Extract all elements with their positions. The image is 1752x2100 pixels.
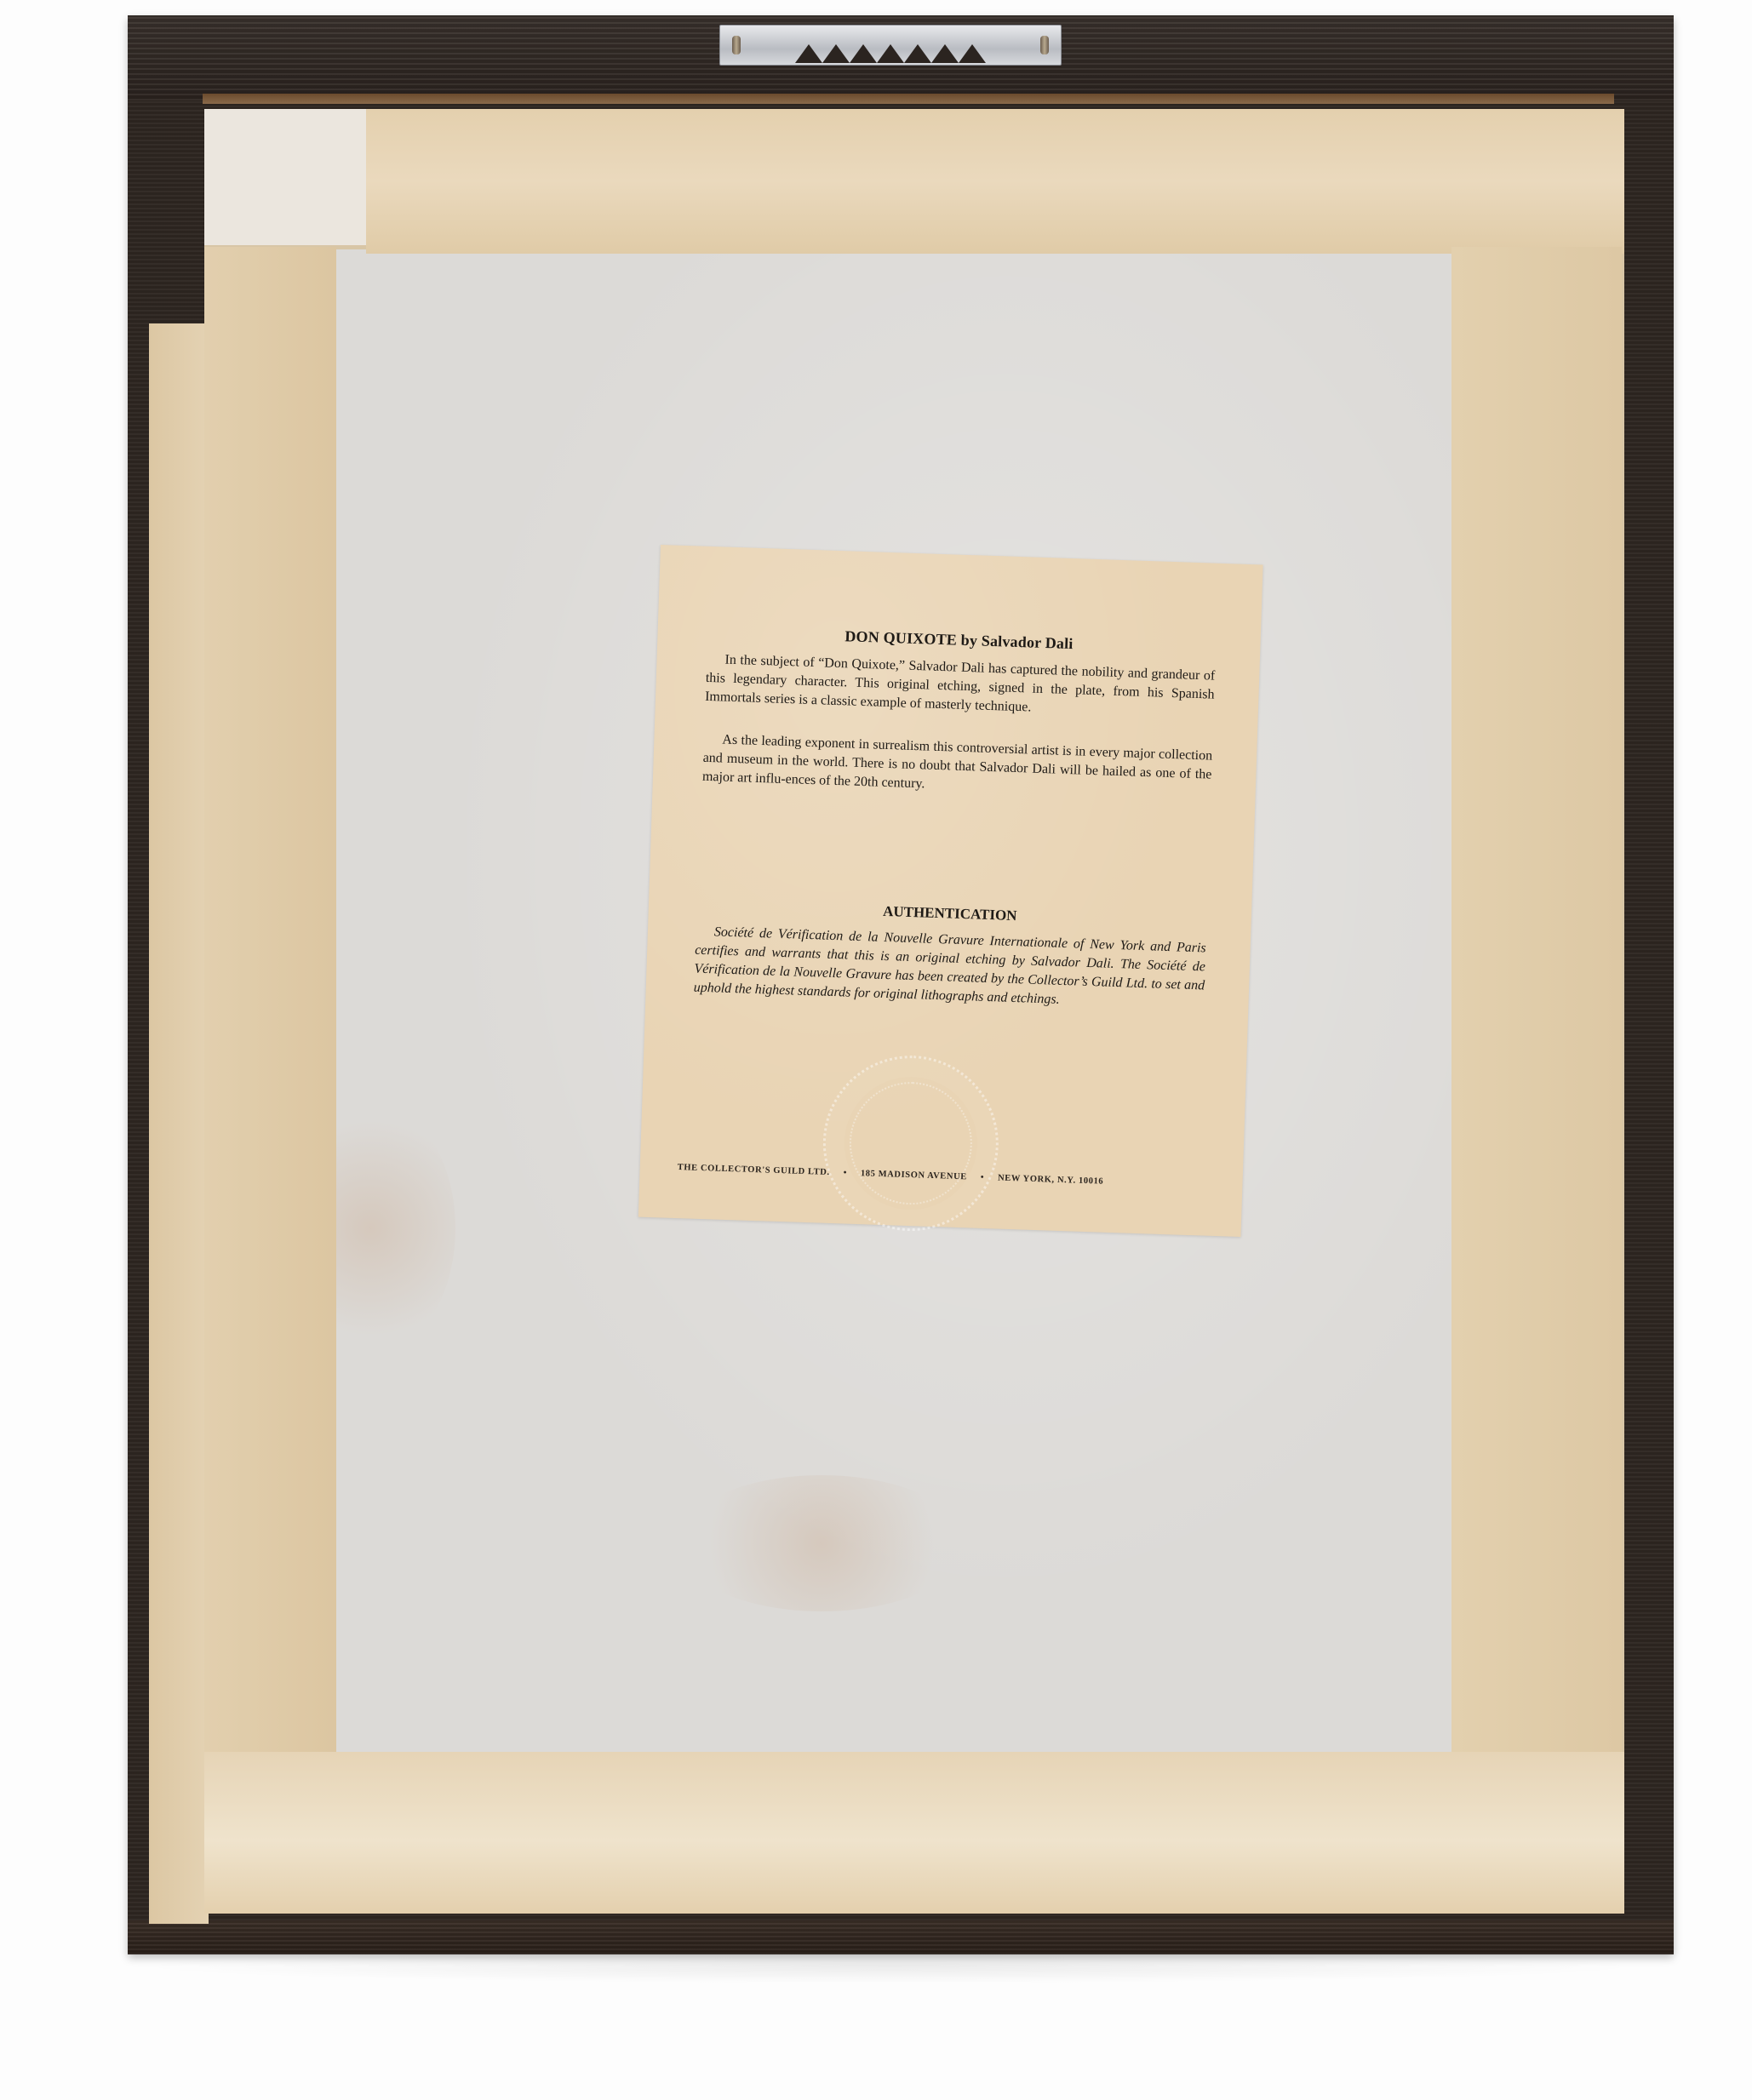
footer-separator: • bbox=[976, 1173, 990, 1183]
frame-bottom-rail bbox=[128, 1920, 1674, 1954]
label-paragraph: In the subject of “Don Quixote,” Salvado… bbox=[705, 650, 1216, 724]
water-stain bbox=[677, 1475, 966, 1611]
footer-separator: • bbox=[838, 1168, 852, 1178]
floor-shadow bbox=[128, 1949, 1652, 1983]
footer-company: THE COLLECTOR'S GUILD LTD. bbox=[678, 1163, 830, 1177]
embossed-seal-icon bbox=[820, 1053, 1001, 1234]
tape-top bbox=[366, 109, 1624, 254]
nail-icon bbox=[1040, 36, 1049, 54]
authentication-label: DON QUIXOTE by Salvador Dali In the subj… bbox=[638, 545, 1263, 1237]
tape-top-left bbox=[204, 109, 366, 245]
nail-icon bbox=[732, 36, 741, 54]
tape-right bbox=[1451, 247, 1622, 1907]
frame-rabbet bbox=[203, 94, 1614, 104]
label-paragraph: As the leading exponent in surrealism th… bbox=[702, 730, 1213, 804]
tape-left bbox=[204, 247, 336, 1907]
tape-left-outer bbox=[149, 323, 209, 1924]
sawtooth-hanger-icon bbox=[719, 25, 1062, 66]
authentication-text: Société de Vérification de la Nouvelle G… bbox=[693, 923, 1206, 1015]
tape-bottom bbox=[204, 1752, 1624, 1914]
sawtooth-teeth-icon bbox=[795, 41, 991, 63]
footer-city: NEW YORK, N.Y. 10016 bbox=[998, 1174, 1104, 1187]
